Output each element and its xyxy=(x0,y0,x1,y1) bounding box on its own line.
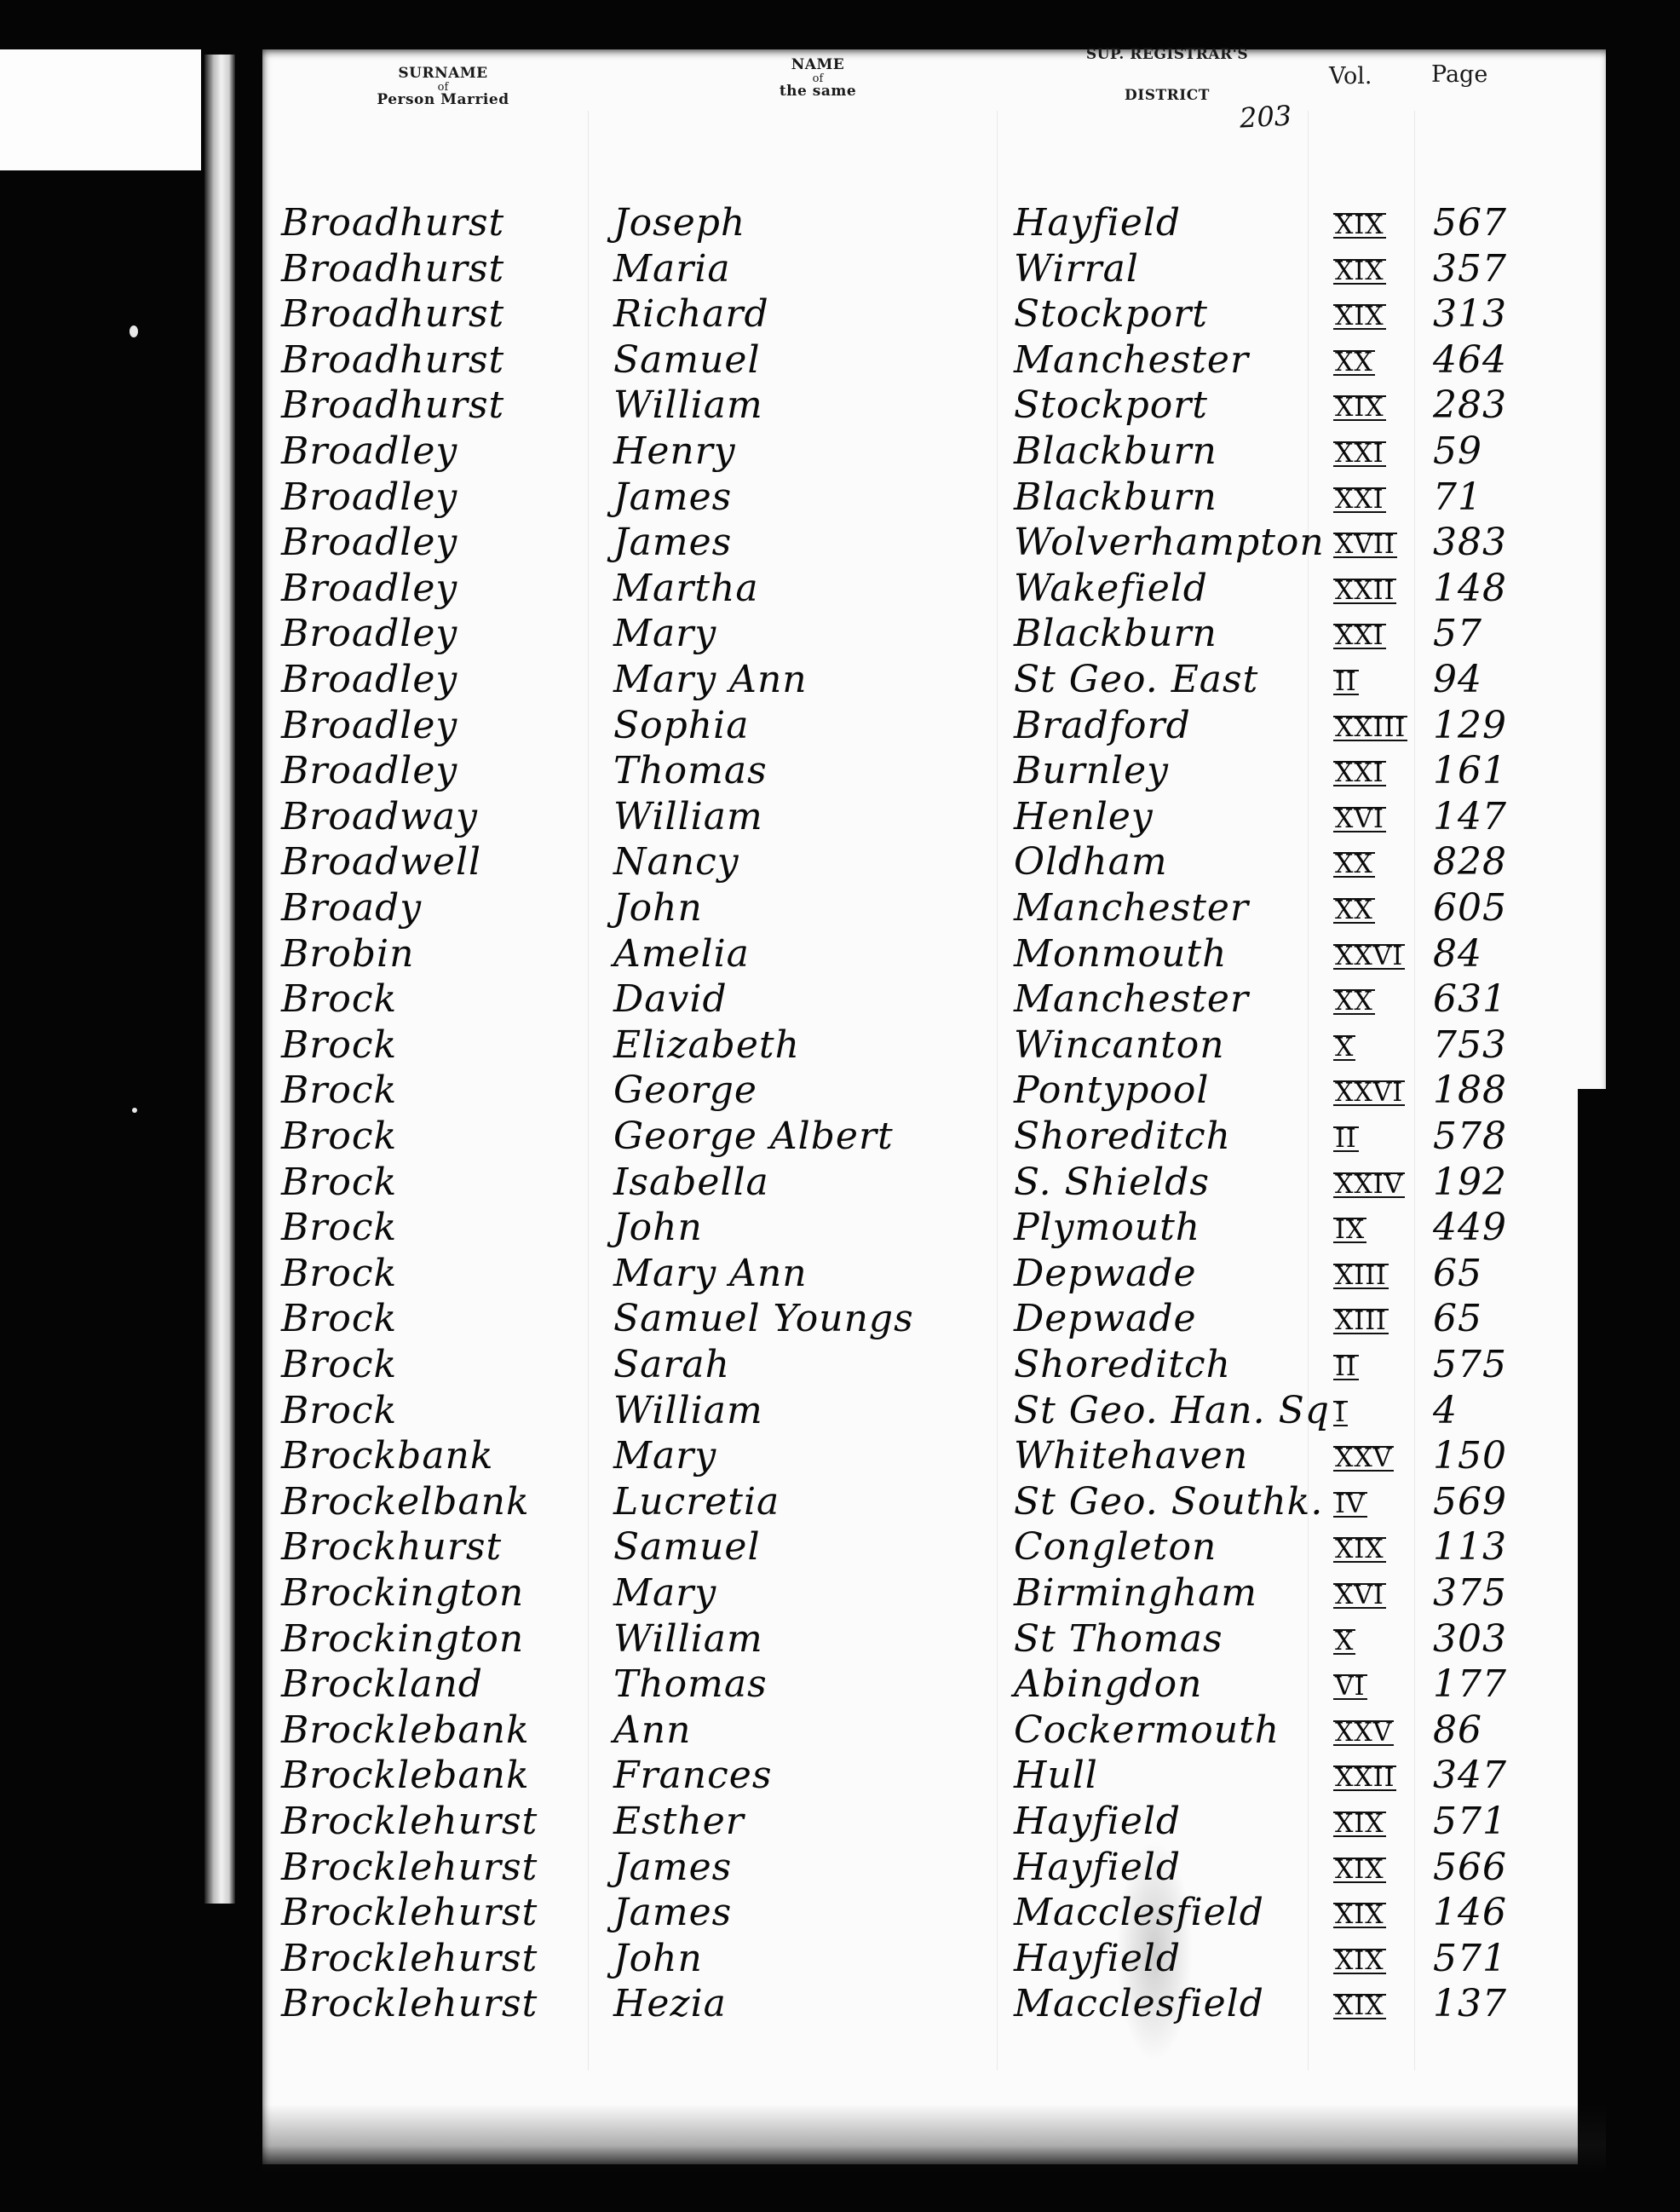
district-cell: Burnley xyxy=(1014,749,1169,793)
table-row: BrockhurstSamuelCongletonXIX113 xyxy=(281,1525,1576,1570)
page-cell: 347 xyxy=(1433,1754,1507,1798)
table-row: BrockbankMaryWhitehavenXXV150 xyxy=(281,1434,1576,1478)
page-cell: 569 xyxy=(1433,1480,1507,1524)
district-cell: Wolverhampton xyxy=(1014,521,1325,565)
volume-cell: VI xyxy=(1333,1674,1367,1700)
forename-cell: William xyxy=(613,1617,763,1662)
surname-cell: Brockhurst xyxy=(281,1525,502,1570)
page-cell: 84 xyxy=(1433,932,1482,976)
page-edge-shadow xyxy=(1578,1089,1612,2171)
table-row: BroadleyHenryBlackburnXXI59 xyxy=(281,429,1576,474)
district-cell: Shoreditch xyxy=(1014,1115,1231,1159)
forename-cell: Samuel xyxy=(613,338,761,383)
surname-cell: Brock xyxy=(281,1115,397,1159)
table-row: BrockingtonWilliamSt ThomasX303 xyxy=(281,1617,1576,1662)
header-name: NAME of the same xyxy=(750,58,886,100)
district-cell: Blackburn xyxy=(1014,475,1217,520)
district-cell: Oldham xyxy=(1014,840,1168,884)
forename-cell: George Albert xyxy=(613,1115,894,1159)
page-cell: 571 xyxy=(1433,1937,1507,1981)
surname-cell: Broadhurst xyxy=(281,292,504,337)
page-cell: 283 xyxy=(1433,383,1507,428)
table-row: BrockWilliamSt Geo. Han. SqI4 xyxy=(281,1389,1576,1433)
surname-cell: Brockland xyxy=(281,1662,483,1707)
table-row: BrocklehurstEstherHayfieldXIX571 xyxy=(281,1800,1576,1844)
district-cell: Macclesfield xyxy=(1014,1982,1264,2026)
forename-cell: Frances xyxy=(613,1754,772,1798)
page-cell: 161 xyxy=(1433,749,1507,793)
volume-cell: XXI xyxy=(1333,487,1386,513)
table-row: BrockGeorge AlbertShoreditchII578 xyxy=(281,1115,1576,1159)
table-row: BrockIsabellaS. ShieldsXXIV192 xyxy=(281,1161,1576,1205)
forename-cell: James xyxy=(613,521,732,565)
page-cell: 383 xyxy=(1433,521,1507,565)
table-row: BrockDavidManchesterXX631 xyxy=(281,977,1576,1022)
surname-cell: Broadley xyxy=(281,658,457,702)
volume-cell: XIX xyxy=(1333,259,1386,285)
binding-spine xyxy=(204,55,235,1904)
page-cell: 313 xyxy=(1433,292,1507,337)
forename-cell: John xyxy=(613,886,703,930)
surname-cell: Broadhurst xyxy=(281,338,504,383)
surname-cell: Brockington xyxy=(281,1617,524,1662)
forename-cell: Nancy xyxy=(613,840,739,884)
surname-cell: Broadhurst xyxy=(281,247,504,291)
table-row: BroadhurstMariaWirralXIX357 xyxy=(281,247,1576,291)
district-cell: Manchester xyxy=(1014,886,1249,930)
page-cell: 150 xyxy=(1433,1434,1507,1478)
table-row: BroadwellNancyOldhamXX828 xyxy=(281,840,1576,884)
page-cell: 375 xyxy=(1433,1571,1507,1616)
page-cell: 4 xyxy=(1433,1389,1458,1433)
table-row: BrocklebankAnnCockermouthXXV86 xyxy=(281,1708,1576,1753)
page-cell: 464 xyxy=(1433,338,1507,383)
district-cell: Depwade xyxy=(1014,1297,1197,1341)
surname-cell: Brocklehurst xyxy=(281,1982,538,2026)
surname-cell: Broadway xyxy=(281,795,478,839)
district-cell: Wirral xyxy=(1014,247,1139,291)
surname-cell: Broadley xyxy=(281,749,457,793)
surname-cell: Brocklebank xyxy=(281,1708,530,1753)
district-cell: Hayfield xyxy=(1014,201,1181,245)
volume-cell: I xyxy=(1333,1401,1348,1426)
volume-cell: IX xyxy=(1333,1218,1366,1243)
page-cell: 148 xyxy=(1433,567,1507,611)
table-row: BroadhurstJosephHayfieldXIX567 xyxy=(281,201,1576,245)
forename-cell: William xyxy=(613,383,763,428)
surname-cell: Brock xyxy=(281,1023,397,1068)
forename-cell: Martha xyxy=(613,567,759,611)
page-cell: 71 xyxy=(1433,475,1482,520)
volume-cell: XIX xyxy=(1333,304,1386,330)
district-cell: Depwade xyxy=(1014,1252,1197,1296)
header-surname: SURNAME of Person Married xyxy=(375,66,511,108)
page-cell: 57 xyxy=(1433,612,1482,656)
page-cell: 567 xyxy=(1433,201,1507,245)
volume-cell: XXII xyxy=(1333,579,1396,604)
volume-cell: XIX xyxy=(1333,213,1386,239)
district-cell: St Geo. East xyxy=(1014,658,1258,702)
page-cell: 566 xyxy=(1433,1846,1507,1890)
district-cell: Blackburn xyxy=(1014,612,1217,656)
surname-cell: Brock xyxy=(281,1343,397,1387)
page-cell: 357 xyxy=(1433,247,1507,291)
table-row: BroadleyMaryBlackburnXXI57 xyxy=(281,612,1576,656)
surname-cell: Broadley xyxy=(281,704,457,748)
page-cell: 303 xyxy=(1433,1617,1507,1662)
surname-cell: Broadley xyxy=(281,521,457,565)
table-row: BrocklandThomasAbingdonVI177 xyxy=(281,1662,1576,1707)
page-cell: 753 xyxy=(1433,1023,1507,1068)
surname-cell: Brockbank xyxy=(281,1434,494,1478)
district-cell: Manchester xyxy=(1014,977,1249,1022)
district-cell: Wakefield xyxy=(1014,567,1208,611)
page-cell: 192 xyxy=(1433,1161,1507,1205)
page-cell: 137 xyxy=(1433,1982,1507,2026)
district-cell: Stockport xyxy=(1014,383,1208,428)
page-cell: 113 xyxy=(1433,1525,1507,1570)
surname-cell: Brocklehurst xyxy=(281,1846,538,1890)
forename-cell: George xyxy=(613,1069,757,1113)
volume-cell: XIII xyxy=(1333,1264,1389,1289)
surname-cell: Brock xyxy=(281,1161,397,1205)
district-cell: Pontypool xyxy=(1014,1069,1209,1113)
table-row: BroadleySophiaBradfordXXIII129 xyxy=(281,704,1576,748)
forename-cell: William xyxy=(613,795,763,839)
forename-cell: Mary xyxy=(613,1571,716,1616)
volume-cell: XXI xyxy=(1333,624,1386,649)
table-row: BroadyJohnManchesterXX605 xyxy=(281,886,1576,930)
table-row: BrockMary AnnDepwadeXIII65 xyxy=(281,1252,1576,1296)
volume-cell: II xyxy=(1333,1355,1359,1380)
page-cell: 177 xyxy=(1433,1662,1507,1707)
district-cell: Birmingham xyxy=(1014,1571,1257,1616)
district-cell: Hull xyxy=(1014,1754,1098,1798)
district-cell: St Geo. Han. Sq xyxy=(1014,1389,1330,1433)
table-row: BroadleyMarthaWakefieldXXII148 xyxy=(281,567,1576,611)
surname-cell: Brock xyxy=(281,1389,397,1433)
page-cell: 146 xyxy=(1433,1891,1507,1935)
forename-cell: Samuel xyxy=(613,1525,761,1570)
district-cell: Plymouth xyxy=(1014,1206,1200,1250)
page-cell: 65 xyxy=(1433,1252,1482,1296)
volume-cell: XXVI xyxy=(1333,1080,1405,1106)
surname-cell: Broadhurst xyxy=(281,201,504,245)
forename-cell: Elizabeth xyxy=(613,1023,800,1068)
table-row: BrockSamuel YoungsDepwadeXIII65 xyxy=(281,1297,1576,1341)
volume-cell: X xyxy=(1333,1035,1355,1061)
forename-cell: Samuel Youngs xyxy=(613,1297,914,1341)
table-row: BrockingtonMaryBirminghamXVI375 xyxy=(281,1571,1576,1616)
forename-cell: John xyxy=(613,1206,703,1250)
district-cell: Hayfield xyxy=(1014,1937,1181,1981)
volume-cell: II xyxy=(1333,1126,1359,1152)
volume-cell: XIX xyxy=(1333,1858,1386,1883)
page-cell: 147 xyxy=(1433,795,1507,839)
forename-cell: Thomas xyxy=(613,1662,768,1707)
district-cell: S. Shields xyxy=(1014,1161,1210,1205)
header-vol: Vol. xyxy=(1329,65,1372,89)
surname-cell: Brockington xyxy=(281,1571,524,1616)
table-row: BrockGeorgePontypoolXXVI188 xyxy=(281,1069,1576,1113)
volume-cell: XXIII xyxy=(1333,716,1407,741)
surname-cell: Brocklehurst xyxy=(281,1800,538,1844)
district-cell: Cockermouth xyxy=(1014,1708,1280,1753)
volume-cell: XVI xyxy=(1333,807,1386,832)
forename-cell: Mary xyxy=(613,1434,716,1478)
volume-cell: XXV xyxy=(1333,1446,1394,1472)
table-row: BroadhurstSamuelManchesterXX464 xyxy=(281,338,1576,383)
volume-cell: XX xyxy=(1333,898,1375,924)
table-row: BrocklehurstJamesHayfieldXIX566 xyxy=(281,1846,1576,1890)
district-cell: St Thomas xyxy=(1014,1617,1223,1662)
table-row: BroadleyMary AnnSt Geo. EastII94 xyxy=(281,658,1576,702)
forename-cell: Thomas xyxy=(613,749,768,793)
surname-cell: Broadley xyxy=(281,612,457,656)
page-cell: 59 xyxy=(1433,429,1482,474)
district-cell: Hayfield xyxy=(1014,1800,1181,1844)
forename-cell: William xyxy=(613,1389,763,1433)
volume-cell: XXI xyxy=(1333,441,1386,467)
surname-cell: Brocklehurst xyxy=(281,1937,538,1981)
surname-cell: Broadley xyxy=(281,567,457,611)
volume-cell: II xyxy=(1333,670,1359,695)
surname-cell: Brock xyxy=(281,1297,397,1341)
district-cell: Congleton xyxy=(1014,1525,1217,1570)
table-row: BrocklehurstHeziaMacclesfieldXIX137 xyxy=(281,1982,1576,2026)
table-row: BrocklehurstJamesMacclesfieldXIX146 xyxy=(281,1891,1576,1935)
header-page: Page xyxy=(1431,63,1487,87)
forename-cell: Amelia xyxy=(613,932,750,976)
page-cell: 129 xyxy=(1433,704,1507,748)
surname-cell: Broadwell xyxy=(281,840,481,884)
forename-cell: Ann xyxy=(613,1708,691,1753)
surname-cell: Broady xyxy=(281,886,422,930)
dust-speck xyxy=(129,325,138,337)
volume-cell: XXII xyxy=(1333,1766,1396,1791)
district-cell: Stockport xyxy=(1014,292,1208,337)
forename-cell: Sarah xyxy=(613,1343,730,1387)
page-reference-number: 203 xyxy=(1239,99,1292,134)
surname-cell: Brocklebank xyxy=(281,1754,530,1798)
district-cell: Shoreditch xyxy=(1014,1343,1231,1387)
volume-cell: XX xyxy=(1333,852,1375,878)
district-cell: St Geo. Southk. xyxy=(1014,1480,1323,1524)
page-cell: 631 xyxy=(1433,977,1507,1022)
district-cell: Hayfield xyxy=(1014,1846,1181,1890)
forename-cell: Hezia xyxy=(613,1982,727,2026)
volume-cell: XX xyxy=(1333,350,1375,376)
page-cell: 575 xyxy=(1433,1343,1507,1387)
page-cell: 578 xyxy=(1433,1115,1507,1159)
forename-cell: David xyxy=(613,977,728,1022)
district-cell: Wincanton xyxy=(1014,1023,1225,1068)
surname-cell: Brock xyxy=(281,1069,397,1113)
surname-cell: Broadley xyxy=(281,429,457,474)
volume-cell: XIX xyxy=(1333,1994,1386,2019)
page-cell: 828 xyxy=(1433,840,1507,884)
white-label-box xyxy=(0,49,201,170)
forename-cell: Maria xyxy=(613,247,731,291)
table-row: BroadhurstRichardStockportXIX313 xyxy=(281,292,1576,337)
volume-cell: XIX xyxy=(1333,1949,1386,1974)
table-row: BrocklebankFrancesHullXXII347 xyxy=(281,1754,1576,1798)
volume-cell: XIX xyxy=(1333,395,1386,421)
forename-cell: James xyxy=(613,475,732,520)
table-row: BrockSarahShoreditchII575 xyxy=(281,1343,1576,1387)
forename-cell: Henry xyxy=(613,429,736,474)
forename-cell: Richard xyxy=(613,292,769,337)
page-cell: 86 xyxy=(1433,1708,1482,1753)
surname-cell: Brocklehurst xyxy=(281,1891,538,1935)
volume-cell: XXV xyxy=(1333,1720,1394,1746)
table-row: BrockelbankLucretiaSt Geo. Southk.IV569 xyxy=(281,1480,1576,1524)
forename-cell: Mary Ann xyxy=(613,658,808,702)
table-row: BroadleyJamesWolverhamptonXVII383 xyxy=(281,521,1576,565)
forename-cell: James xyxy=(613,1846,732,1890)
table-row: BrockJohnPlymouthIX449 xyxy=(281,1206,1576,1250)
forename-cell: Isabella xyxy=(613,1161,769,1205)
district-cell: Henley xyxy=(1014,795,1154,839)
volume-cell: XIX xyxy=(1333,1812,1386,1837)
surname-cell: Broadley xyxy=(281,475,457,520)
page-cell: 188 xyxy=(1433,1069,1507,1113)
surname-cell: Brock xyxy=(281,1206,397,1250)
page-cell: 571 xyxy=(1433,1800,1507,1844)
surname-cell: Broadhurst xyxy=(281,383,504,428)
forename-cell: Lucretia xyxy=(613,1480,780,1524)
volume-cell: XIII xyxy=(1333,1309,1389,1334)
page-bottom-shadow xyxy=(262,2105,1606,2173)
district-cell: Monmouth xyxy=(1014,932,1227,976)
volume-cell: XXVI xyxy=(1333,944,1405,970)
page-cell: 449 xyxy=(1433,1206,1507,1250)
table-row: BrobinAmeliaMonmouthXXVI84 xyxy=(281,932,1576,976)
district-cell: Manchester xyxy=(1014,338,1249,383)
volume-cell: XXIV xyxy=(1333,1172,1405,1198)
volume-cell: XIX xyxy=(1333,1903,1386,1928)
forename-cell: Sophia xyxy=(613,704,749,748)
surname-cell: Brock xyxy=(281,1252,397,1296)
surname-cell: Brockelbank xyxy=(281,1480,530,1524)
district-cell: Whitehaven xyxy=(1014,1434,1248,1478)
dust-speck xyxy=(132,1108,137,1113)
volume-cell: X xyxy=(1333,1629,1355,1655)
page-cell: 94 xyxy=(1433,658,1482,702)
surname-cell: Brock xyxy=(281,977,397,1022)
table-row: BroadleyJamesBlackburnXXI71 xyxy=(281,475,1576,520)
volume-cell: XIX xyxy=(1333,1537,1386,1563)
table-row: BroadwayWilliamHenleyXVI147 xyxy=(281,795,1576,839)
forename-cell: Mary Ann xyxy=(613,1252,808,1296)
volume-cell: XVII xyxy=(1333,533,1397,558)
district-cell: Blackburn xyxy=(1014,429,1217,474)
table-row: BroadleyThomasBurnleyXXI161 xyxy=(281,749,1576,793)
page-cell: 65 xyxy=(1433,1297,1482,1341)
district-cell: Macclesfield xyxy=(1014,1891,1264,1935)
district-cell: Abingdon xyxy=(1014,1662,1203,1707)
forename-cell: Esther xyxy=(613,1800,745,1844)
forename-cell: John xyxy=(613,1937,703,1981)
volume-cell: XXI xyxy=(1333,761,1386,786)
volume-cell: IV xyxy=(1333,1492,1367,1518)
surname-cell: Brobin xyxy=(281,932,414,976)
forename-cell: Mary xyxy=(613,612,716,656)
forename-cell: Joseph xyxy=(613,201,745,245)
page-cell: 605 xyxy=(1433,886,1507,930)
district-cell: Bradford xyxy=(1014,704,1191,748)
volume-cell: XVI xyxy=(1333,1583,1386,1609)
table-row: BrocklehurstJohnHayfieldXIX571 xyxy=(281,1937,1576,1981)
table-row: BroadhurstWilliamStockportXIX283 xyxy=(281,383,1576,428)
table-row: BrockElizabethWincantonX753 xyxy=(281,1023,1576,1068)
forename-cell: James xyxy=(613,1891,732,1935)
volume-cell: XX xyxy=(1333,989,1375,1015)
